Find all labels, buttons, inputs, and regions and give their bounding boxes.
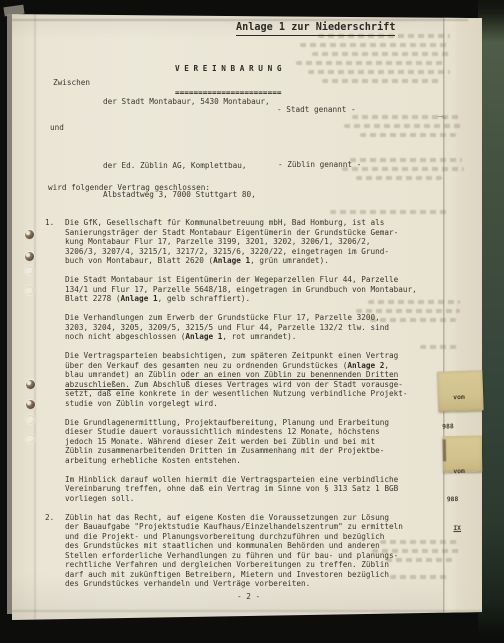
document-page: Anlage 1 zur Niederschrift V E R E I N B… bbox=[12, 12, 482, 628]
punch-hole bbox=[25, 252, 34, 261]
intro-zwischen: Zwischen bbox=[53, 78, 90, 88]
title-text: V E R E I N B A R U N G bbox=[175, 65, 281, 73]
text-segment: Anlage 1 bbox=[213, 256, 250, 265]
punch-hole bbox=[26, 400, 35, 409]
annotation-heading: Anlage 1 zur Niederschrift bbox=[236, 22, 395, 36]
text-line: 134/1 und Flur 17, Parzelle 5648/18, ein… bbox=[65, 285, 417, 295]
punch-hole bbox=[25, 230, 34, 239]
text-line: Züblin hat das Recht, auf eigene Kosten … bbox=[65, 513, 403, 523]
clause-paragraph: Die Vertragsparteien beabsichtigen, zum … bbox=[65, 351, 417, 408]
text-segment: Vereinbarung treffen, ohne daß ein Vertr… bbox=[65, 484, 398, 493]
text-line: darf auch mit zukünftigen Betreibern, Mi… bbox=[65, 570, 403, 580]
text-line: rechtliche Verfahren und dergleichen Vor… bbox=[65, 560, 403, 570]
text-segment: 3203, 3204, 3205, 3209/5, 3215/5 und Flu… bbox=[65, 323, 389, 332]
text-segment: Zum Abschluß dieses Vertrages wird von d… bbox=[130, 380, 403, 389]
punch-hole bbox=[25, 286, 34, 295]
ghost-text-line bbox=[360, 133, 456, 137]
punch-hole bbox=[25, 266, 34, 275]
clause-body: Züblin hat das Recht, auf eigene Kosten … bbox=[65, 513, 403, 599]
text-segment: Züblin zusammenarbeitenden Dritten im Zu… bbox=[65, 446, 384, 455]
tab-edge-mark bbox=[443, 439, 446, 461]
text-segment: , gelb schraffiert). bbox=[158, 294, 251, 303]
scanned-document: Anlage 1 zur Niederschrift V E R E I N B… bbox=[0, 0, 504, 643]
text-segment: noch nicht abgeschlossen ( bbox=[65, 332, 185, 341]
text-segment: 134/1 und Flur 17, Parzelle 5648/18, ein… bbox=[65, 285, 417, 294]
punch-hole bbox=[26, 434, 35, 443]
index-tab: vom 988 IX bbox=[437, 370, 483, 412]
clause: 2.Züblin hat das Recht, auf eigene Koste… bbox=[45, 513, 455, 599]
text-segment: blau umrandet) an Züblin bbox=[65, 370, 181, 379]
text-segment: oder an einen von Züblin zu benennenden … bbox=[181, 370, 399, 380]
intro-und: und bbox=[50, 123, 64, 133]
text-segment: studie von Züblin vorgelegt wird. bbox=[65, 399, 218, 408]
text-segment: vorliegen soll. bbox=[65, 494, 134, 503]
text-line: abzuschließen. Zum Abschluß dieses Vertr… bbox=[65, 380, 417, 390]
text-segment: jedoch 15 Monate. Während dieser Zeit we… bbox=[65, 437, 375, 446]
clause-body: Die GfK, Gesellschaft für Kommunalbetreu… bbox=[65, 218, 417, 513]
text-line: 3206/3, 3207/4, 3215/1, 3217/2, 3215/6, … bbox=[65, 247, 417, 257]
ghost-text-line bbox=[322, 79, 440, 83]
text-segment: , rot umrandet). bbox=[222, 332, 296, 341]
text-line: vorliegen soll. bbox=[65, 494, 417, 504]
text-segment: Anlage 1 bbox=[185, 332, 222, 341]
top-crease bbox=[12, 19, 468, 21]
text-segment: Züblin hat das Recht, auf eigene Kosten … bbox=[65, 513, 389, 522]
ghost-text-line bbox=[300, 43, 450, 47]
text-segment: Sanierungsträger der Stadt Montabaur Eig… bbox=[65, 228, 398, 237]
ghost-text-line bbox=[330, 210, 450, 214]
text-segment: Stellen erforderliche Verhandlungen zu f… bbox=[65, 551, 398, 560]
party2-address: der Ed. Züblin AG, Komplettbau, Albstadt… bbox=[103, 142, 256, 218]
text-line: blau umrandet) an Züblin oder an einen v… bbox=[65, 370, 417, 380]
party2-line1: der Ed. Züblin AG, Komplettbau, bbox=[103, 161, 256, 171]
ghost-text-line bbox=[344, 124, 464, 128]
text-segment: arbeitung erhebliche Kosten entstehen. bbox=[65, 456, 241, 465]
text-line: dieser Studie dauert voraussichtlich min… bbox=[65, 427, 417, 437]
text-segment: setzt, daß eine konkrete in der wesentli… bbox=[65, 389, 408, 398]
text-line: Die Stadt Montabaur ist Eigentümerin der… bbox=[65, 275, 417, 285]
text-segment: , grün umrandet). bbox=[250, 256, 329, 265]
page-number: - 2 - bbox=[237, 592, 260, 602]
punch-hole bbox=[26, 380, 35, 389]
text-line: Sanierungsträger der Stadt Montabaur Eig… bbox=[65, 228, 417, 238]
tab-line2: 988 bbox=[444, 495, 483, 505]
text-segment: und die Projekt- und Planungsvorbereitun… bbox=[65, 532, 384, 541]
text-segment: 3206/3, 3207/4, 3215/1, 3217/2, 3215/6, … bbox=[65, 247, 389, 256]
text-line: setzt, daß eine konkrete in der wesentli… bbox=[65, 389, 417, 399]
text-line: Züblin zusammenarbeitenden Dritten im Zu… bbox=[65, 446, 417, 456]
text-segment: dieser Studie dauert voraussichtlich min… bbox=[65, 427, 380, 436]
text-line: Vereinbarung treffen, ohne daß ein Vertr… bbox=[65, 484, 417, 494]
text-segment: des Grundstückes verhandeln und Verträge… bbox=[65, 579, 310, 588]
text-segment: Die Grundlagenermittlung, Projektaufbere… bbox=[65, 418, 389, 427]
text-line: Im Hinblick darauf wollen hiermit die Ve… bbox=[65, 475, 417, 485]
clause-paragraph: Die Stadt Montabaur ist Eigentümerin der… bbox=[65, 275, 417, 304]
text-line: Die Vertragsparteien beabsichtigen, zum … bbox=[65, 351, 417, 361]
text-segment: abzuschließen. bbox=[65, 380, 130, 390]
text-segment: Die Verhandlungen zum Erwerb der Grundst… bbox=[65, 313, 380, 322]
ghost-text-line bbox=[296, 61, 446, 65]
clause-list: 1.Die GfK, Gesellschaft für Kommunalbetr… bbox=[45, 218, 455, 598]
text-segment: Anlage 2 bbox=[347, 361, 384, 370]
text-segment: Die Vertragsparteien beabsichtigen, zum … bbox=[65, 351, 398, 360]
text-line: Die GfK, Gesellschaft für Kommunalbetreu… bbox=[65, 218, 417, 228]
clause-number: 1. bbox=[45, 218, 65, 513]
clause-paragraph: Im Hinblick darauf wollen hiermit die Ve… bbox=[65, 475, 417, 504]
clause-number: 2. bbox=[45, 513, 65, 599]
clause-paragraph: Die GfK, Gesellschaft für Kommunalbetreu… bbox=[65, 218, 417, 266]
text-segment: , bbox=[384, 361, 389, 370]
text-segment: Die GfK, Gesellschaft für Kommunalbetreu… bbox=[65, 218, 384, 227]
text-segment: Im Hinblick darauf wollen hiermit die Ve… bbox=[65, 475, 398, 484]
party1-address: der Stadt Montabaur, 5430 Montabaur, bbox=[103, 97, 270, 107]
ghost-text-line bbox=[312, 52, 450, 56]
text-segment: der Bauaufgabe "Projektstudie Kaufhaus/E… bbox=[65, 522, 403, 531]
party2-alias: - Züblin genannt - bbox=[278, 160, 361, 170]
index-tab: vom 988 IX bbox=[443, 436, 483, 473]
text-segment: des Grundstückes mit staatlichen und kom… bbox=[65, 541, 380, 550]
ghost-text-line bbox=[356, 176, 442, 180]
vertical-crease bbox=[34, 12, 36, 628]
clause-paragraph: Züblin hat das Recht, auf eigene Kosten … bbox=[65, 513, 403, 589]
text-segment: Blatt 2278 ( bbox=[65, 294, 121, 303]
party1-alias: - Stadt genannt - bbox=[277, 105, 356, 115]
text-line: 3203, 3204, 3205, 3209/5, 3215/5 und Flu… bbox=[65, 323, 417, 333]
text-segment: darf auch mit zukünftigen Betreibern, Mi… bbox=[65, 570, 389, 579]
tab-line1: vom bbox=[438, 392, 483, 403]
text-line: buch von Montabaur, Blatt 2620 (Anlage 1… bbox=[65, 256, 417, 266]
tab-line3: IX bbox=[444, 523, 483, 533]
text-segment: rechtliche Verfahren und dergleichen Vor… bbox=[65, 560, 389, 569]
lead-in: wird folgender Vertrag geschlossen: bbox=[48, 183, 210, 193]
text-line: des Grundstückes mit staatlichen und kom… bbox=[65, 541, 403, 551]
clause-paragraph: Die Verhandlungen zum Erwerb der Grundst… bbox=[65, 313, 417, 342]
text-segment: Die Stadt Montabaur ist Eigentümerin der… bbox=[65, 275, 398, 284]
text-line: und die Projekt- und Planungsvorbereitun… bbox=[65, 532, 403, 542]
clause-paragraph: Die Grundlagenermittlung, Projektaufbere… bbox=[65, 418, 417, 466]
ghost-text-line bbox=[350, 158, 462, 162]
text-segment: kung Montabaur Flur 17, Parzelle 3199, 3… bbox=[65, 237, 370, 246]
ghost-text-line bbox=[308, 70, 450, 74]
text-line: über den Verkauf des gesamten neu zu ord… bbox=[65, 361, 417, 371]
text-line: Die Verhandlungen zum Erwerb der Grundst… bbox=[65, 313, 417, 323]
text-line: noch nicht abgeschlossen (Anlage 1, rot … bbox=[65, 332, 417, 342]
text-line: studie von Züblin vorgelegt wird. bbox=[65, 399, 417, 409]
text-line: des Grundstückes verhandeln und Verträge… bbox=[65, 579, 403, 589]
text-line: Stellen erforderliche Verhandlungen zu f… bbox=[65, 551, 403, 561]
punch-hole bbox=[26, 415, 35, 424]
tab-line2: 988 bbox=[439, 421, 484, 432]
text-line: jedoch 15 Monate. Während dieser Zeit we… bbox=[65, 437, 417, 447]
clause: 1.Die GfK, Gesellschaft für Kommunalbetr… bbox=[45, 218, 455, 513]
tab-line1: vom bbox=[443, 466, 482, 476]
text-line: der Bauaufgabe "Projektstudie Kaufhaus/E… bbox=[65, 522, 403, 532]
bottom-crease bbox=[12, 610, 482, 612]
text-line: arbeitung erhebliche Kosten entstehen. bbox=[65, 456, 417, 466]
text-line: Die Grundlagenermittlung, Projektaufbere… bbox=[65, 418, 417, 428]
text-segment: über den Verkauf des gesamten neu zu ord… bbox=[65, 361, 347, 370]
text-line: kung Montabaur Flur 17, Parzelle 3199, 3… bbox=[65, 237, 417, 247]
text-line: Blatt 2278 (Anlage 1, gelb schraffiert). bbox=[65, 294, 417, 304]
text-segment: Anlage 1 bbox=[121, 294, 158, 303]
title-underline: ======================= bbox=[175, 89, 281, 97]
text-segment: buch von Montabaur, Blatt 2620 ( bbox=[65, 256, 213, 265]
